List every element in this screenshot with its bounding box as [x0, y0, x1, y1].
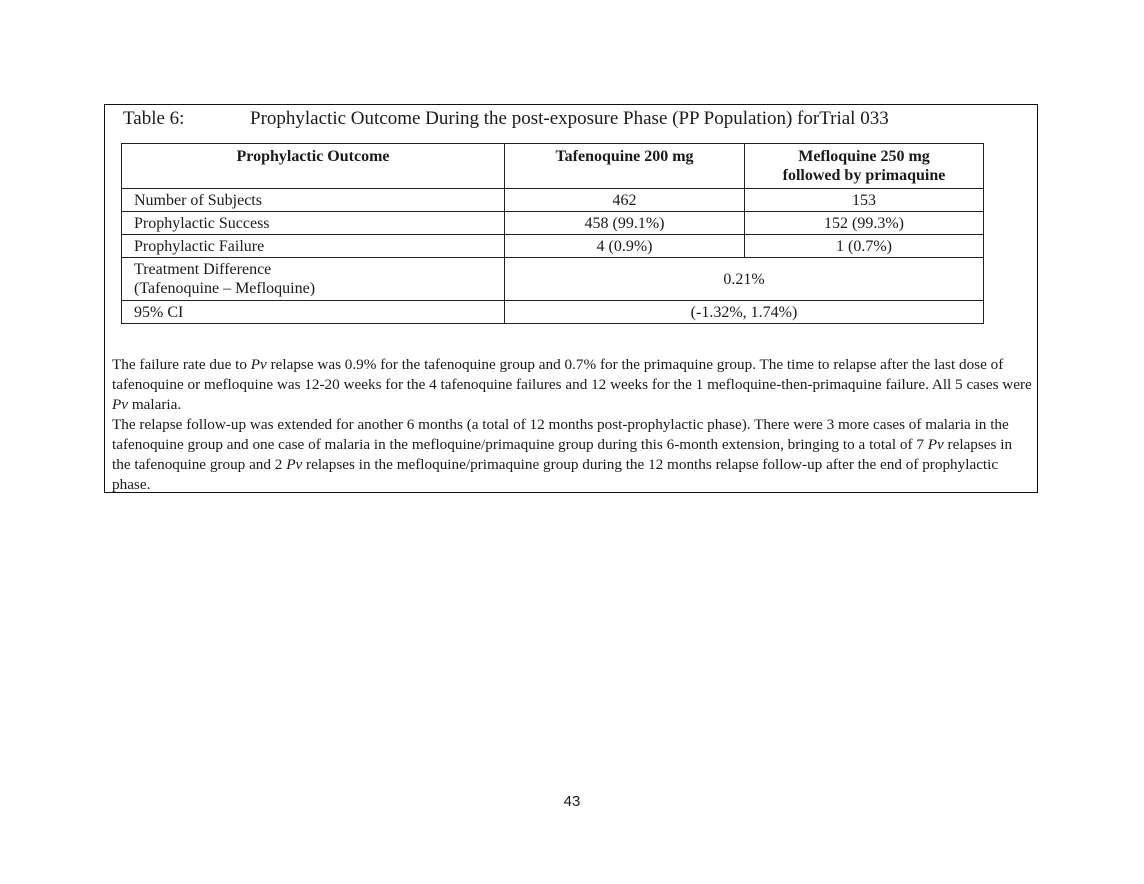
header-outcome: Prophylactic Outcome: [122, 144, 505, 189]
row-label: Prophylactic Failure: [122, 235, 505, 258]
treatment-difference-sublabel: (Tafenoquine – Mefloquine): [134, 280, 315, 297]
table-row: Prophylactic Success 458 (99.1%) 152 (99…: [122, 212, 984, 235]
table-row: Prophylactic Failure 4 (0.9%) 1 (0.7%): [122, 235, 984, 258]
body-text: The failure rate due to Pv relapse was 0…: [112, 355, 1034, 495]
row-label: Prophylactic Success: [122, 212, 505, 235]
table-caption: Table 6:Prophylactic Outcome During the …: [123, 108, 889, 130]
header-mefloquine: Mefloquine 250 mg followed by primaquine: [745, 144, 984, 189]
mefloquine-value: 1 (0.7%): [745, 235, 984, 258]
table-number: Table 6:: [123, 108, 250, 130]
treatment-difference-row: Treatment Difference (Tafenoquine – Mefl…: [122, 258, 984, 301]
header-mefloquine-line2: followed by primaquine: [783, 167, 946, 184]
paragraph-failure-rate: The failure rate due to Pv relapse was 0…: [112, 355, 1034, 415]
mefloquine-value: 152 (99.3%): [745, 212, 984, 235]
header-mefloquine-line1: Mefloquine 250 mg: [798, 148, 930, 165]
row-label: Number of Subjects: [122, 189, 505, 212]
row-label: 95% CI: [122, 301, 505, 324]
table-header-row: Prophylactic Outcome Tafenoquine 200 mg …: [122, 144, 984, 189]
header-tafenoquine: Tafenoquine 200 mg: [505, 144, 745, 189]
treatment-difference-label: Treatment Difference: [134, 261, 271, 278]
ci-value: (-1.32%, 1.74%): [505, 301, 984, 324]
paragraph-follow-up: The relapse follow-up was extended for a…: [112, 415, 1034, 495]
page-number: 43: [0, 793, 1144, 810]
outcome-table: Prophylactic Outcome Tafenoquine 200 mg …: [121, 143, 984, 324]
tafenoquine-value: 458 (99.1%): [505, 212, 745, 235]
table-row: Number of Subjects 462 153: [122, 189, 984, 212]
tafenoquine-value: 4 (0.9%): [505, 235, 745, 258]
table-title: Prophylactic Outcome During the post-exp…: [250, 108, 889, 129]
treatment-difference-value: 0.21%: [505, 258, 984, 301]
ci-row: 95% CI (-1.32%, 1.74%): [122, 301, 984, 324]
mefloquine-value: 153: [745, 189, 984, 212]
tafenoquine-value: 462: [505, 189, 745, 212]
row-label: Treatment Difference (Tafenoquine – Mefl…: [122, 258, 505, 301]
